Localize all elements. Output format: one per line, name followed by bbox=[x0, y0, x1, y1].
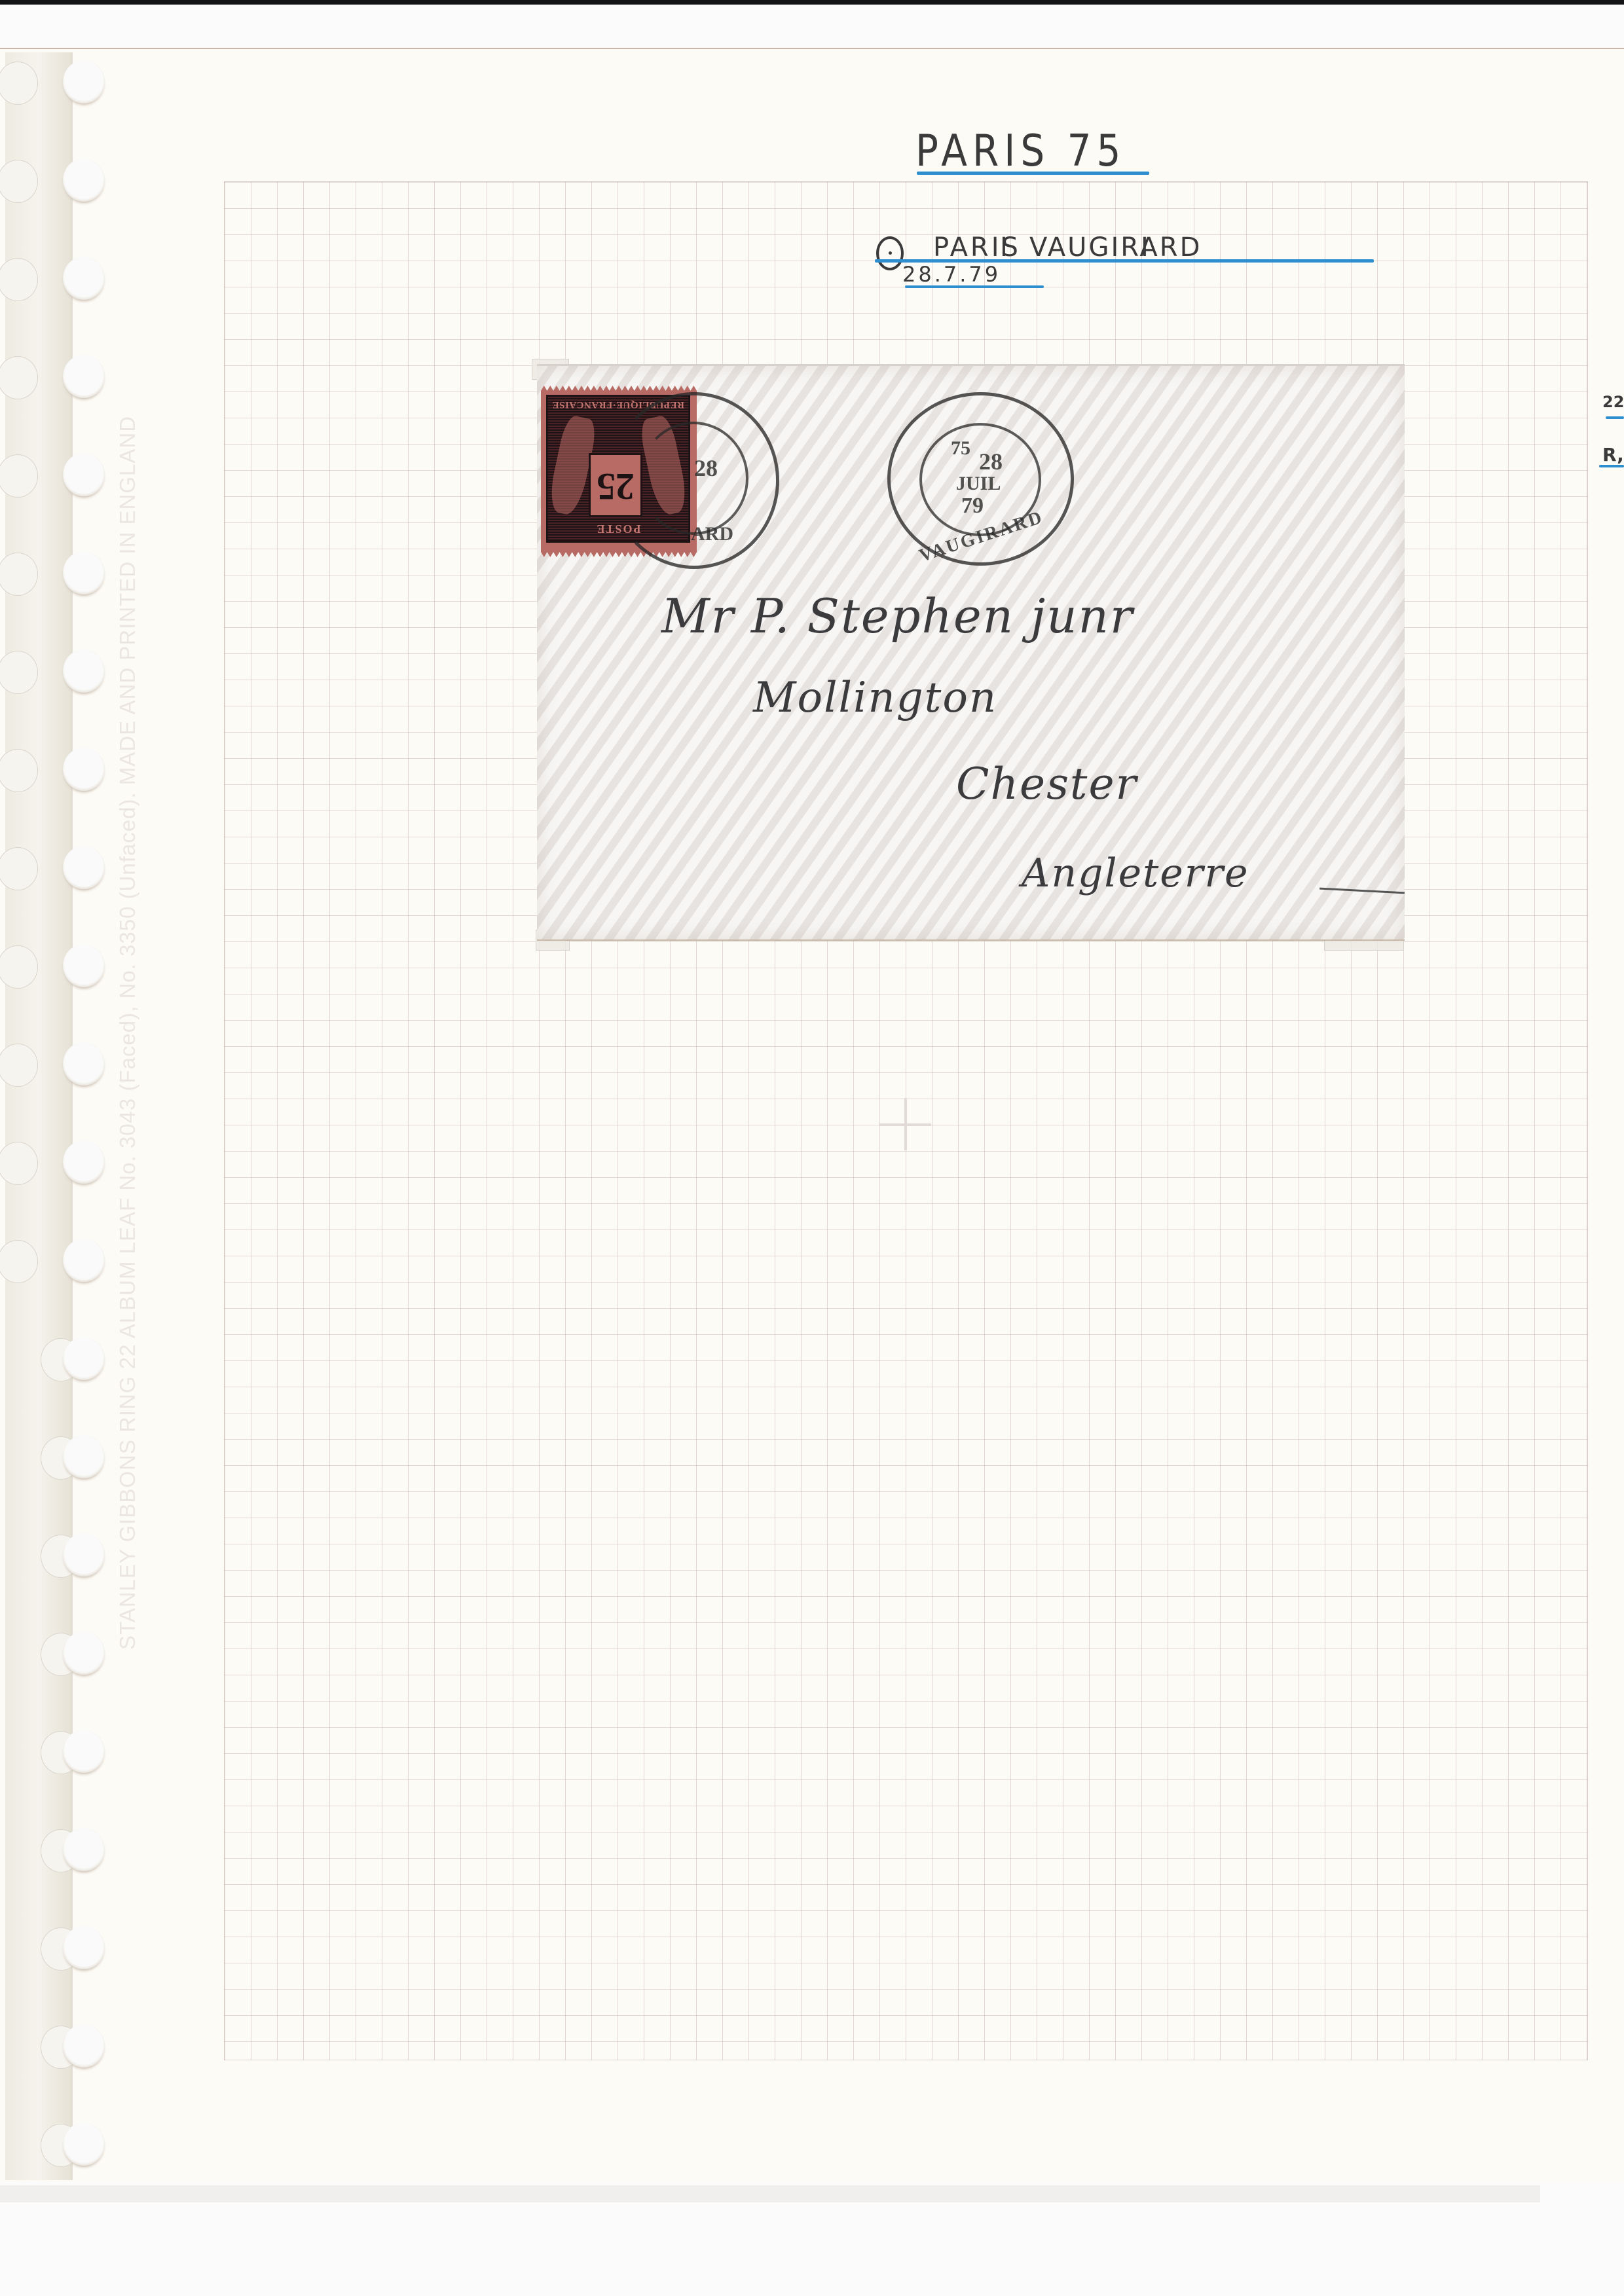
ring-hole bbox=[63, 1042, 105, 1085]
ring-hole bbox=[63, 846, 105, 889]
scan-top-band bbox=[0, 5, 1624, 48]
ring-hole bbox=[63, 257, 105, 300]
album-imprint: STANLEY GIBBONS RING 22 ALBUM LEAF No. 3… bbox=[115, 416, 140, 1650]
address-line-city: Chester bbox=[956, 759, 1137, 809]
date-underline bbox=[905, 285, 1044, 288]
circular-datestamp-icon bbox=[876, 236, 904, 270]
annotation-separator: I bbox=[1000, 232, 1008, 263]
edge-note-underline bbox=[1606, 416, 1624, 419]
annotation-office: VAUGIRARD bbox=[1029, 232, 1202, 263]
address-line-village: Mollington bbox=[753, 674, 997, 722]
ring-hole bbox=[63, 944, 105, 987]
postal-cover: POSTE 25 REPUBLIQUE·FRANCAISE 28 ARD 75 … bbox=[537, 364, 1405, 941]
ring-hole bbox=[63, 1926, 105, 1969]
ring-hole bbox=[63, 1631, 105, 1675]
ring-hole bbox=[63, 355, 105, 398]
edge-note: 22 bbox=[1602, 393, 1624, 411]
edge-note-underline bbox=[1599, 465, 1624, 467]
address-flourish bbox=[1319, 888, 1405, 894]
ring-hole bbox=[63, 551, 105, 594]
annotation-date: 28.7.79 bbox=[902, 262, 1001, 287]
title-underline bbox=[917, 172, 1149, 175]
ring-hole bbox=[63, 2123, 105, 2166]
postmark-month: JUIL bbox=[956, 473, 1001, 495]
ring-hole bbox=[63, 1435, 105, 1478]
ring-hole bbox=[63, 60, 105, 103]
ring-hole bbox=[63, 453, 105, 496]
ring-hole bbox=[63, 1533, 105, 1576]
page-title: PARIS 75 bbox=[915, 125, 1126, 176]
edge-note: R, bbox=[1602, 444, 1624, 465]
page-bottom-shadow bbox=[0, 2185, 1540, 2202]
ring-hole bbox=[63, 1337, 105, 1380]
ring-hole bbox=[63, 649, 105, 693]
ring-hole bbox=[63, 158, 105, 202]
vaugirard-postmark: 75 28 JUIL 79 VAUGIRARD bbox=[887, 392, 1074, 566]
ring-hole bbox=[63, 1140, 105, 1184]
postmark-year: 79 bbox=[961, 494, 984, 519]
ring-hole bbox=[63, 1239, 105, 1282]
ring-hole bbox=[63, 1730, 105, 1773]
annotation-town: PARIS bbox=[933, 232, 1021, 263]
partial-postmark-office: ARD bbox=[691, 523, 733, 545]
address-line-name: Mr P. Stephen junr bbox=[661, 589, 1134, 644]
ring-hole bbox=[63, 748, 105, 791]
ring-hole bbox=[63, 2024, 105, 2068]
ring-hole bbox=[63, 1828, 105, 1871]
center-crosshair-icon bbox=[904, 1098, 907, 1150]
postmark-district: 75 bbox=[951, 437, 970, 460]
annotation-separator: I bbox=[1141, 232, 1149, 263]
postmark-day: 28 bbox=[979, 448, 1003, 475]
address-line-country: Angleterre bbox=[1022, 850, 1249, 896]
scan-top-edge bbox=[0, 0, 1624, 5]
partial-postmark-day: 28 bbox=[694, 454, 718, 482]
partial-postmark: 28 ARD bbox=[609, 392, 779, 569]
